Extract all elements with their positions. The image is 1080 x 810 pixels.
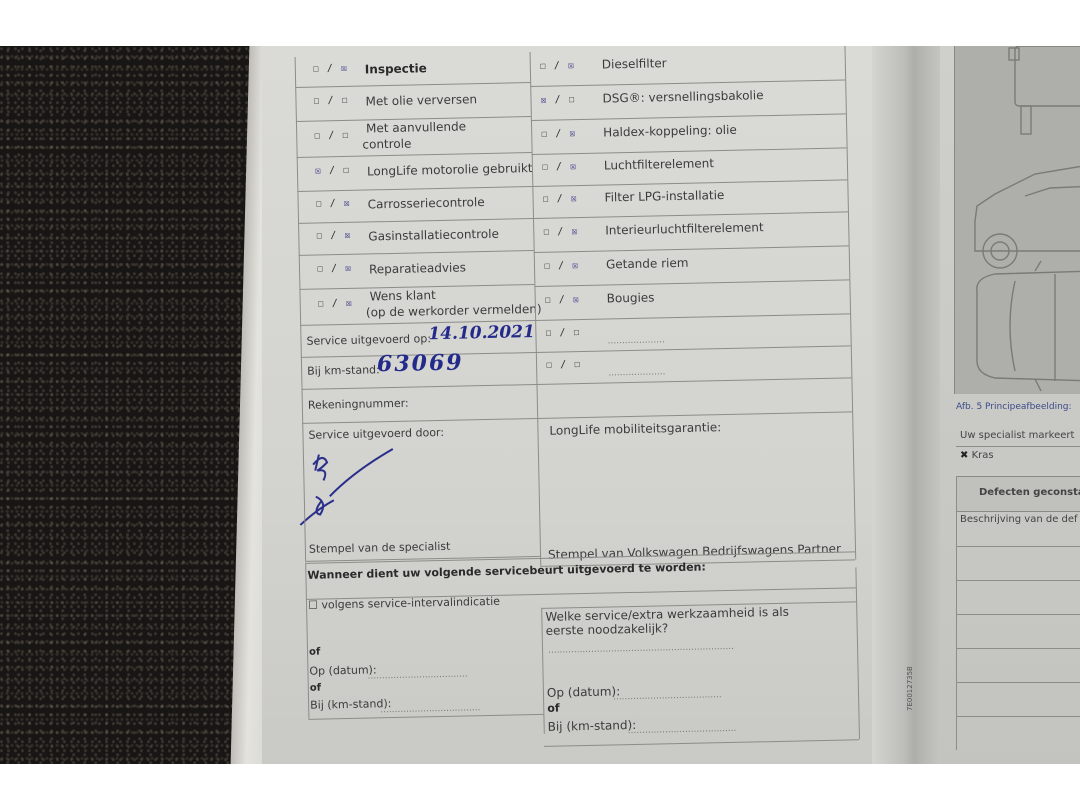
row-divider bbox=[534, 279, 849, 287]
defect-row[interactable] bbox=[956, 580, 1080, 581]
km-value[interactable]: 63069 bbox=[377, 349, 464, 377]
checkbox-pair[interactable]: ☐ / ☐ bbox=[545, 327, 580, 339]
checkbox-pair[interactable]: ☐ / ☒ bbox=[543, 226, 578, 238]
defect-row[interactable] bbox=[956, 648, 1080, 649]
checkbox-no[interactable]: ☐ bbox=[573, 327, 580, 338]
vehicle-outline-icon bbox=[955, 46, 1080, 394]
item-label: Filter LPG-installatie bbox=[604, 188, 724, 205]
performed-by-label: Service uitgevoerd door: bbox=[308, 426, 444, 442]
item-label: Getande riem bbox=[606, 256, 689, 272]
row-divider bbox=[302, 384, 537, 390]
row-divider bbox=[532, 147, 847, 155]
question-field[interactable]: ........................................… bbox=[548, 642, 734, 656]
blank-line: .................... bbox=[607, 335, 664, 346]
or-label: of bbox=[547, 702, 560, 715]
item-label: Luchtfilterelement bbox=[604, 156, 714, 172]
r-date-field[interactable]: ...................................... bbox=[613, 690, 722, 702]
invoice-label: Rekeningnummer: bbox=[308, 397, 409, 412]
checkbox-pair[interactable]: ☐ / ☒ bbox=[313, 63, 348, 75]
checkbox-pair[interactable]: ☐ / ☒ bbox=[542, 161, 577, 173]
row-divider bbox=[299, 250, 534, 256]
checkbox-no[interactable]: ☒ bbox=[341, 63, 348, 74]
checkbox-no[interactable]: ☒ bbox=[571, 193, 578, 204]
item-label: Reparatieadvies bbox=[369, 260, 466, 276]
row-divider bbox=[534, 245, 849, 253]
signature-icon bbox=[293, 441, 415, 533]
checkbox-no[interactable]: ☐ bbox=[569, 94, 576, 105]
checkbox-no[interactable]: ☒ bbox=[346, 298, 353, 309]
checkbox-pair[interactable]: ☒ / ☐ bbox=[540, 94, 575, 106]
checkbox-no[interactable]: ☒ bbox=[344, 230, 351, 241]
defect-row[interactable] bbox=[956, 682, 1080, 683]
item-label: Met olie verversen bbox=[365, 92, 477, 108]
row-divider bbox=[297, 152, 532, 158]
item-label: Haldex-koppeling: olie bbox=[603, 123, 737, 140]
defect-row[interactable] bbox=[956, 546, 1080, 547]
service-date-value[interactable]: 14.10.2021 bbox=[428, 322, 535, 344]
defects-header-cell: Defecten geconstat bbox=[956, 476, 1080, 512]
item-label: Bougies bbox=[607, 290, 655, 305]
row-divider bbox=[308, 714, 543, 720]
checkbox-pair[interactable]: ☐ / ☒ bbox=[542, 193, 577, 205]
checkbox-no[interactable]: ☒ bbox=[569, 128, 576, 139]
checkbox-pair[interactable]: ☐ / ☒ bbox=[540, 60, 575, 72]
interval-option[interactable]: ☐ volgens service-intervalindicatie bbox=[308, 595, 500, 612]
item-label: Dieselfilter bbox=[602, 56, 667, 71]
column-divider bbox=[541, 608, 545, 734]
km-label: Bij km-stand: bbox=[307, 363, 380, 378]
blank-line: .................... bbox=[608, 367, 665, 378]
description-header: Beschrijving van de def bbox=[960, 514, 1078, 525]
checkbox-no[interactable]: ☒ bbox=[571, 226, 578, 237]
r-date-label: Op (datum): bbox=[547, 684, 621, 700]
or-label: of bbox=[309, 647, 320, 658]
item-label: Gasinstallatiecontrole bbox=[368, 227, 499, 244]
item-label: Wens klant bbox=[369, 288, 435, 303]
checkbox-pair[interactable]: ☐ / ☒ bbox=[317, 263, 352, 275]
row-divider bbox=[536, 345, 851, 353]
row-divider bbox=[531, 113, 846, 121]
legend-scratch: ✖ Kras bbox=[960, 450, 994, 461]
checkbox-no[interactable]: ☐ bbox=[341, 95, 348, 106]
carpet-background bbox=[0, 46, 270, 764]
question-line2: eerste noodzakelijk? bbox=[546, 621, 669, 638]
table-border bbox=[956, 476, 957, 750]
row-divider bbox=[536, 377, 851, 385]
checkbox-no[interactable]: ☐ bbox=[343, 165, 350, 176]
invoice-field[interactable] bbox=[422, 392, 542, 411]
checkbox-pair[interactable]: ☐ / ☒ bbox=[544, 260, 579, 272]
r-km-field[interactable]: ...................................... bbox=[628, 724, 737, 736]
checkbox-pair[interactable]: ☐ / ☒ bbox=[316, 230, 351, 242]
mobility-guarantee-label: LongLife mobiliteitsgarantie: bbox=[549, 420, 721, 438]
column-divider bbox=[844, 46, 856, 559]
defect-row[interactable] bbox=[956, 716, 1080, 717]
checkbox-pair[interactable]: ☐ / ☒ bbox=[318, 298, 353, 310]
side-code: 7E0012735B bbox=[906, 666, 914, 711]
figure-caption: Afb. 5 Principeafbeelding: bbox=[956, 402, 1072, 412]
row-divider bbox=[295, 82, 530, 88]
signature bbox=[293, 441, 415, 533]
service-record-page: ☐ / ☒Inspectie☐ / ☐Met olie verversen☐ /… bbox=[262, 46, 890, 764]
checkbox-pair[interactable]: ☐ / ☒ bbox=[545, 294, 580, 306]
row-divider bbox=[533, 211, 848, 219]
checkbox-no[interactable]: ☒ bbox=[344, 198, 351, 209]
marks-text: Uw specialist markeert bbox=[960, 430, 1074, 441]
right-page: Afb. 5 Principeafbeelding: Uw specialist… bbox=[940, 46, 1080, 764]
service-date-label: Service uitgevoerd op: bbox=[306, 332, 431, 348]
item-label-line2: (op de werkorder vermelden) bbox=[366, 302, 542, 320]
item-label: Carrosseriecontrole bbox=[368, 195, 485, 211]
checkbox-no[interactable]: ☒ bbox=[573, 294, 580, 305]
row-divider bbox=[530, 79, 845, 87]
defect-row[interactable] bbox=[956, 614, 1080, 615]
checkbox[interactable]: ☐ bbox=[308, 599, 318, 612]
next-date-field[interactable]: ................................... bbox=[367, 669, 467, 681]
checkbox-pair[interactable]: ☐ / ☐ bbox=[546, 359, 581, 371]
checkbox-no[interactable]: ☐ bbox=[342, 130, 349, 141]
item-label: Inspectie bbox=[365, 61, 427, 76]
book-gutter: 7E0012735B bbox=[872, 46, 942, 764]
item-label: LongLife motorolie gebruikt bbox=[367, 161, 533, 178]
r-km-label: Bij (km-stand): bbox=[548, 718, 637, 734]
item-label-line2: controle bbox=[362, 137, 411, 152]
column-divider bbox=[855, 567, 860, 739]
checkbox-pair[interactable]: ☐ / ☐ bbox=[313, 95, 348, 107]
row-divider bbox=[544, 739, 859, 747]
checkbox-no[interactable]: ☒ bbox=[570, 161, 577, 172]
row-divider bbox=[535, 313, 850, 321]
checkbox-pair[interactable]: ☐ / ☒ bbox=[541, 128, 576, 140]
row-divider bbox=[297, 186, 532, 192]
service-form: ☐ / ☒Inspectie☐ / ☐Met olie verversen☐ /… bbox=[255, 46, 898, 764]
car-diagram bbox=[954, 46, 1080, 394]
document-photo: ☐ / ☒Inspectie☐ / ☐Met olie verversen☐ /… bbox=[0, 46, 1080, 764]
checkbox-no[interactable]: ☒ bbox=[568, 60, 575, 71]
item-label: Interieurluchtfilterelement bbox=[605, 220, 764, 237]
item-label: Met aanvullende bbox=[366, 119, 466, 135]
row-divider bbox=[302, 411, 852, 424]
column-divider bbox=[305, 563, 309, 719]
or-label: of bbox=[310, 683, 321, 694]
next-km-field[interactable]: ................................... bbox=[380, 703, 480, 715]
checkbox-pair[interactable]: ☐ / ☐ bbox=[314, 130, 349, 142]
checkbox-no[interactable]: ☒ bbox=[345, 263, 352, 274]
checkbox-no[interactable]: ☒ bbox=[572, 260, 579, 271]
checkbox-pair[interactable]: ☒ / ☐ bbox=[315, 165, 350, 177]
checkbox-pair[interactable]: ☐ / ☒ bbox=[316, 198, 351, 210]
row-divider bbox=[298, 218, 533, 224]
next-service-title: Wanneer dient uw volgende servicebeurt u… bbox=[307, 560, 706, 581]
checkbox-no[interactable]: ☐ bbox=[574, 359, 581, 370]
item-label: DSG®: versnellingsbakolie bbox=[602, 88, 763, 105]
stamp-specialist-label: Stempel van de specialist bbox=[309, 540, 451, 556]
row-divider bbox=[532, 179, 847, 187]
